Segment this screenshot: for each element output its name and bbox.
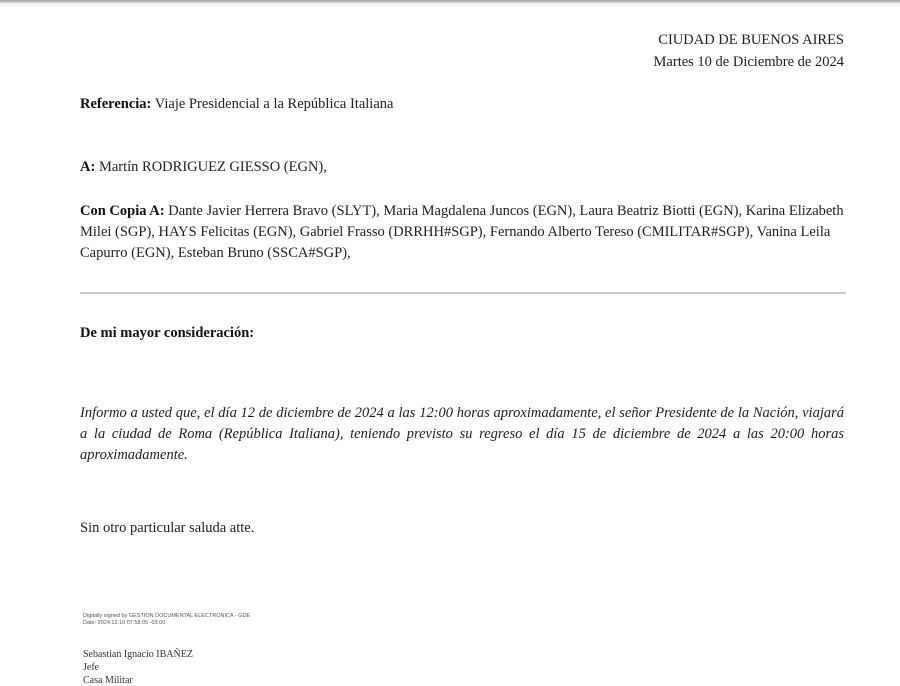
recipient-value: Martín RODRIGUEZ GIESSO (EGN), bbox=[99, 159, 327, 175]
page-top-edge bbox=[0, 0, 900, 8]
signature-stamp-line-2: Date: 2024.12.10 07:58:05 -03:00 bbox=[83, 620, 250, 627]
closing-line: Sin otro particular saluda atte. bbox=[80, 520, 254, 537]
recipient-label: A: bbox=[80, 159, 95, 175]
digital-signature-stamp: Digitally signed by GESTION DOCUMENTAL E… bbox=[83, 613, 250, 626]
reference-line: Referencia: Viaje Presidencial a la Repú… bbox=[80, 96, 393, 113]
greeting: De mi mayor consideración: bbox=[80, 325, 254, 342]
recipient-line: A: Martín RODRIGUEZ GIESSO (EGN), bbox=[80, 159, 327, 176]
signer-office: Casa Militar bbox=[83, 674, 193, 686]
reference-label: Referencia: bbox=[80, 96, 151, 112]
section-divider bbox=[80, 292, 846, 294]
letter-date: Martes 10 de Diciembre de 2024 bbox=[654, 51, 844, 73]
signer-name: Sebastian Ignacio IBAÑEZ bbox=[83, 648, 193, 661]
signer-block: Sebastian Ignacio IBAÑEZ Jefe Casa Milit… bbox=[83, 648, 193, 686]
reference-value: Viaje Presidencial a la República Italia… bbox=[155, 96, 394, 112]
letter-header: CIUDAD DE BUENOS AIRES Martes 10 de Dici… bbox=[654, 29, 844, 73]
signature-stamp-line-1: Digitally signed by GESTION DOCUMENTAL E… bbox=[83, 613, 250, 620]
document-page: CIUDAD DE BUENOS AIRES Martes 10 de Dici… bbox=[0, 0, 900, 686]
cc-label: Con Copia A: bbox=[80, 203, 165, 219]
signer-title: Jefe bbox=[83, 661, 193, 674]
cc-line: Con Copia A: Dante Javier Herrera Bravo … bbox=[80, 201, 850, 264]
city-heading: CIUDAD DE BUENOS AIRES bbox=[654, 29, 844, 51]
cc-value: Dante Javier Herrera Bravo (SLYT), Maria… bbox=[80, 203, 844, 261]
body-paragraph: Informo a usted que, el día 12 de diciem… bbox=[80, 403, 844, 466]
